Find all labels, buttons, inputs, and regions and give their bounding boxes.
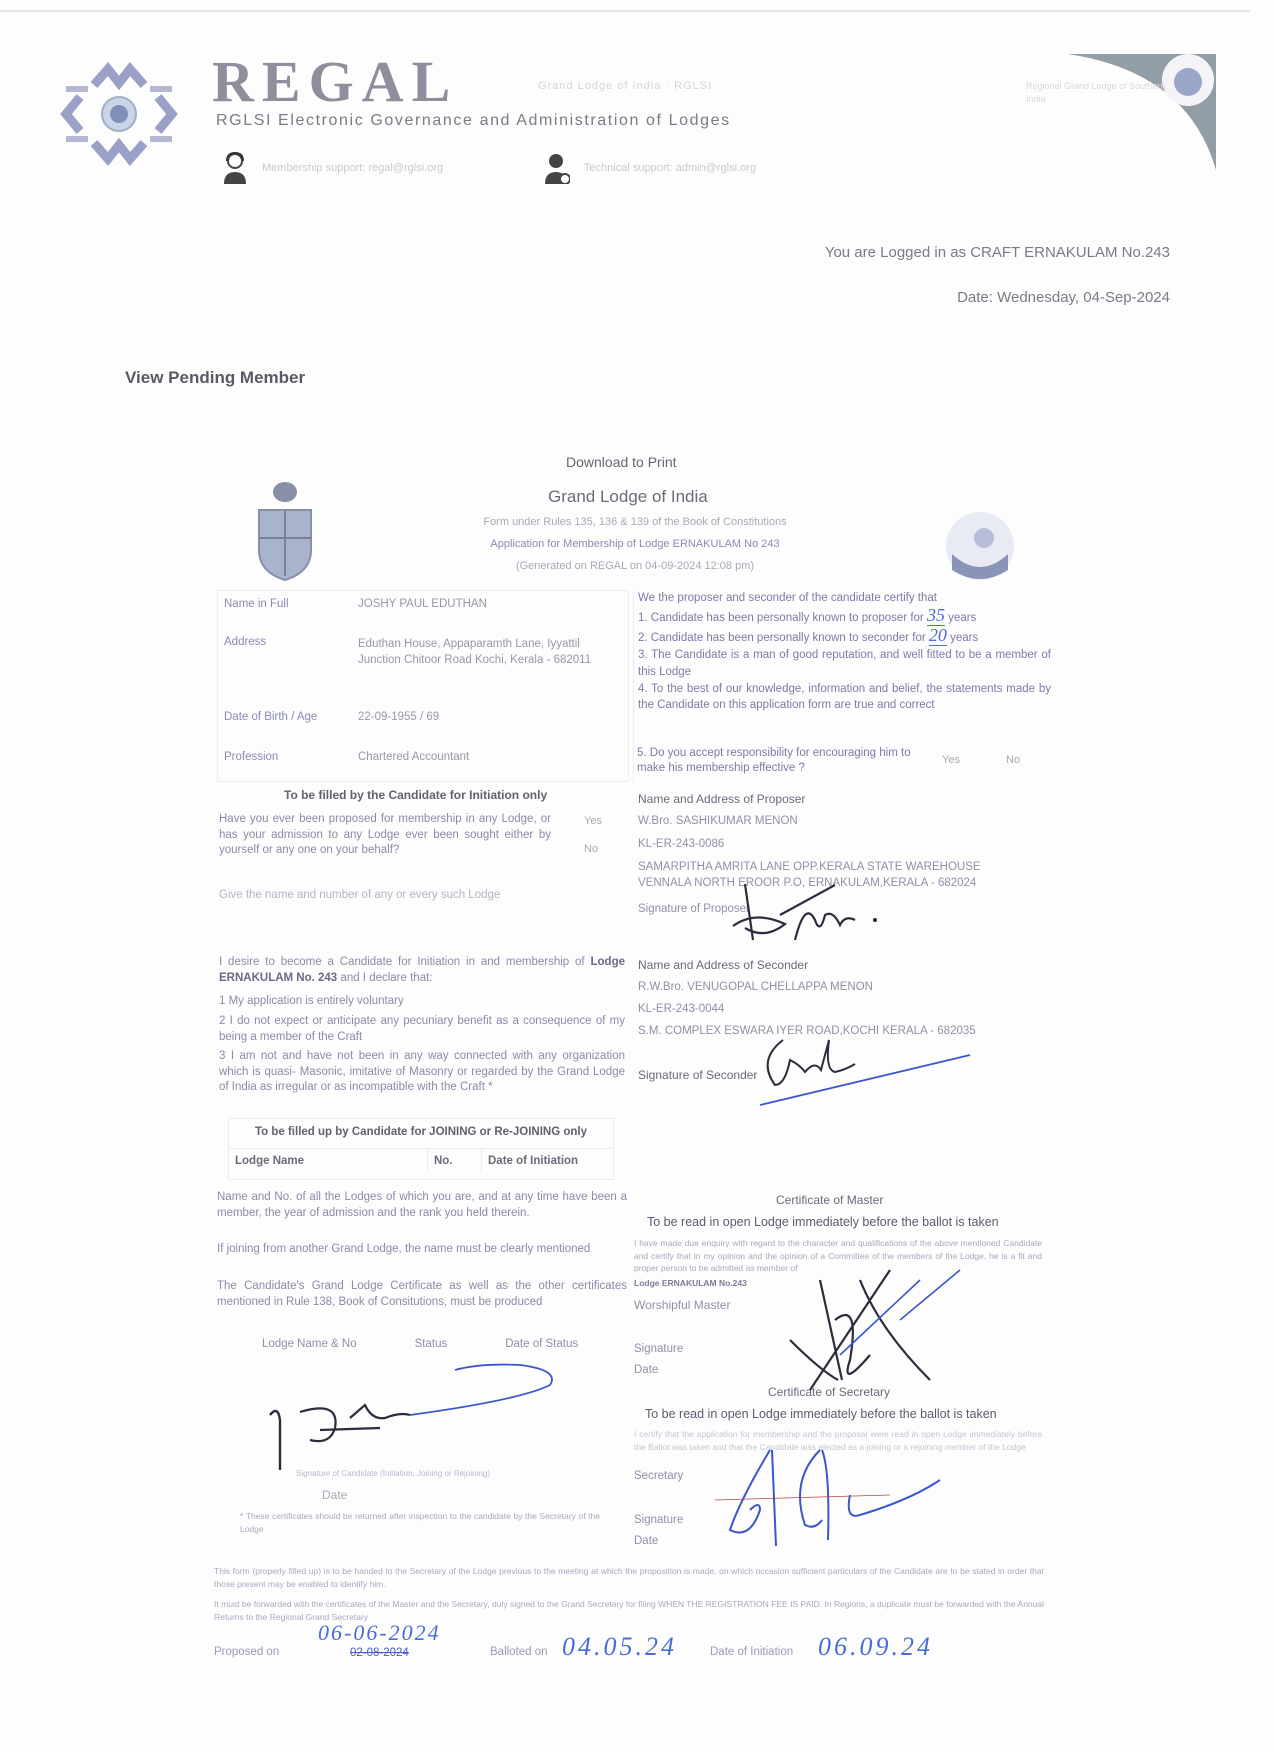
declaration-item-2: 2 I do not expect or anticipate any pecu…: [219, 1014, 625, 1045]
col-status: Status: [415, 1338, 448, 1350]
profession-value: Chartered Accountant: [358, 751, 469, 763]
joining-table: To be filled up by Candidate for JOINING…: [228, 1118, 614, 1180]
secretary-certificate-title: Certificate of Secretary: [768, 1385, 890, 1399]
seconder-signature-label: Signature of Seconder: [638, 1068, 757, 1082]
master-date-label: Date: [634, 1364, 658, 1376]
give-lodge-name-prompt: Give the name and number of any or every…: [219, 888, 500, 904]
proposed-on-printed: 02-08-2024: [350, 1647, 409, 1659]
generated-line: (Generated on REGAL on 04-09-2024 12:08 …: [420, 560, 850, 572]
declaration-item-1: 1 My application is entirely voluntary: [219, 994, 625, 1010]
address-value: Eduthan House, Appaparamth Lane, Iyyatti…: [358, 636, 620, 668]
proposed-on-handwritten: 06-06-2024: [318, 1620, 441, 1646]
certify-item-5: 5. Do you accept responsibility for enco…: [637, 746, 917, 776]
footer-para-1: This form (properly filled up) is to be …: [214, 1565, 1044, 1590]
joining-note-3: The Candidate's Grand Lodge Certificate …: [217, 1279, 627, 1310]
grand-lodge-emblem-icon: [255, 480, 315, 585]
seconder-heading: Name and Address of Seconder: [638, 958, 808, 972]
application-line: Application for Membership of Lodge ERNA…: [420, 538, 850, 550]
profession-label: Profession: [224, 751, 278, 763]
certify-intro: We the proposer and seconder of the cand…: [638, 590, 1051, 607]
brand-faint-text: Grand Lodge of India · RGLSI: [538, 80, 712, 92]
col-lodge-name-no: Lodge Name & No: [262, 1338, 357, 1350]
brand-subtitle: RGLSI Electronic Governance and Administ…: [216, 112, 731, 130]
proposer-id: KL-ER-243-0086: [638, 838, 724, 850]
seconder-years: 20: [929, 625, 947, 646]
col-date-of-initiation: Date of Initiation: [481, 1149, 613, 1173]
joining-title: To be filled up by Candidate for JOINING…: [229, 1126, 613, 1138]
seconder-id: KL-ER-243-0044: [638, 1003, 724, 1015]
proposer-signature-image: [725, 880, 885, 950]
initiation-question: Have you ever been proposed for membersh…: [219, 812, 551, 859]
technical-contact[interactable]: Technical support: admin@rglsi.org: [544, 152, 756, 184]
certify-item-1: 1. Candidate has been personally known t…: [638, 612, 924, 624]
joining-note-1: Name and No. of all the Lodges of which …: [217, 1190, 627, 1221]
secretary-signature-image: [710, 1440, 940, 1550]
secretary-label: Secretary: [634, 1470, 683, 1482]
logged-in-status: You are Logged in as CRAFT ERNAKULAM No.…: [825, 244, 1170, 261]
initiation-yes-option[interactable]: Yes: [584, 815, 602, 827]
top-rule: [0, 10, 1250, 12]
responsibility-yes-option[interactable]: Yes: [942, 754, 960, 766]
support-person-icon: [222, 152, 248, 184]
date-of-initiation-handwritten: 06.09.24: [818, 1632, 933, 1662]
candidate-signature-caption: Signature of Candidate (Initiation, Join…: [296, 1469, 490, 1478]
page-title: View Pending Member: [125, 368, 305, 388]
brand-name: REGAL: [212, 48, 458, 115]
grand-lodge-title: Grand Lodge of India: [548, 487, 708, 507]
master-signature-image: [780, 1260, 980, 1400]
seconder-signature-image: [755, 1030, 975, 1110]
years-label-2: years: [950, 632, 978, 644]
declaration-prefix: I desire to become a Candidate for Initi…: [219, 956, 585, 968]
tech-support-icon: [544, 152, 570, 184]
date-of-initiation-label: Date of Initiation: [710, 1646, 793, 1658]
regal-logo-icon: [58, 55, 180, 173]
proposed-on-label: Proposed on: [214, 1646, 279, 1658]
certify-item-3: 3. The Candidate is a man of good reputa…: [638, 647, 1051, 681]
candidate-date-label: Date: [322, 1488, 347, 1502]
header-corner-graphic: [1008, 52, 1220, 170]
responsibility-no-option[interactable]: No: [1006, 754, 1020, 766]
master-signature-label: Signature: [634, 1343, 683, 1355]
proposer-years: 35: [927, 605, 945, 626]
download-to-print-link[interactable]: Download to Print: [566, 454, 677, 470]
initiation-section-title: To be filled by the Candidate for Initia…: [284, 788, 547, 802]
declaration-item-3: 3 I am not and have not been in any way …: [219, 1049, 625, 1096]
dob-value: 22-09-1955 / 69: [358, 711, 439, 723]
worshipful-master-label: Worshipful Master: [634, 1298, 730, 1312]
master-certificate-subtitle: To be read in open Lodge immediately bef…: [647, 1215, 999, 1229]
region-seal-icon: [944, 510, 1016, 582]
certificates-footnote: * These certificates should be returned …: [240, 1510, 600, 1535]
balloted-on-label: Balloted on: [490, 1646, 548, 1658]
candidate-signature-image: [260, 1360, 560, 1480]
col-date-of-status: Date of Status: [505, 1338, 578, 1350]
name-value: JOSHY PAUL EDUTHAN: [358, 598, 487, 610]
membership-contact-text: Membership support: regal@rglsi.org: [262, 162, 443, 174]
secretary-certificate-subtitle: To be read in open Lodge immediately bef…: [645, 1407, 997, 1421]
rules-line: Form under Rules 135, 136 & 139 of the B…: [420, 516, 850, 528]
col-lodge-no: No.: [427, 1149, 481, 1173]
master-certificate-title: Certificate of Master: [776, 1193, 883, 1207]
current-date: Date: Wednesday, 04-Sep-2024: [957, 289, 1170, 306]
technical-contact-text: Technical support: admin@rglsi.org: [584, 162, 756, 174]
corner-text: Regional Grand Lodge of Southern India: [1026, 80, 1176, 106]
status-header: Lodge Name & No Status Date of Status: [262, 1338, 578, 1350]
declaration-suffix: and I declare that:: [340, 972, 432, 984]
certify-item-4: 4. To the best of our knowledge, informa…: [638, 681, 1051, 713]
address-label: Address: [224, 636, 266, 648]
name-label: Name in Full: [224, 598, 289, 610]
balloted-on-handwritten: 04.05.24: [562, 1632, 677, 1662]
declaration-intro: I desire to become a Candidate for Initi…: [219, 955, 625, 986]
secretary-signature-label: Signature: [634, 1514, 683, 1526]
joining-note-2: If joining from another Grand Lodge, the…: [217, 1242, 627, 1258]
years-label-1: years: [948, 612, 976, 624]
master-lodge: Lodge ERNAKULAM No.243: [634, 1278, 747, 1288]
col-lodge-name: Lodge Name: [229, 1149, 427, 1173]
membership-contact[interactable]: Membership support: regal@rglsi.org: [222, 152, 443, 184]
secretary-date-label: Date: [634, 1535, 658, 1547]
seconder-name: R.W.Bro. VENUGOPAL CHELLAPPA MENON: [638, 981, 873, 993]
initiation-no-option[interactable]: No: [584, 843, 598, 855]
certify-item-2: 2. Candidate has been personally known t…: [638, 632, 926, 644]
proposer-name: W.Bro. SASHIKUMAR MENON: [638, 815, 798, 827]
dob-label: Date of Birth / Age: [224, 711, 317, 723]
proposer-heading: Name and Address of Proposer: [638, 792, 805, 806]
